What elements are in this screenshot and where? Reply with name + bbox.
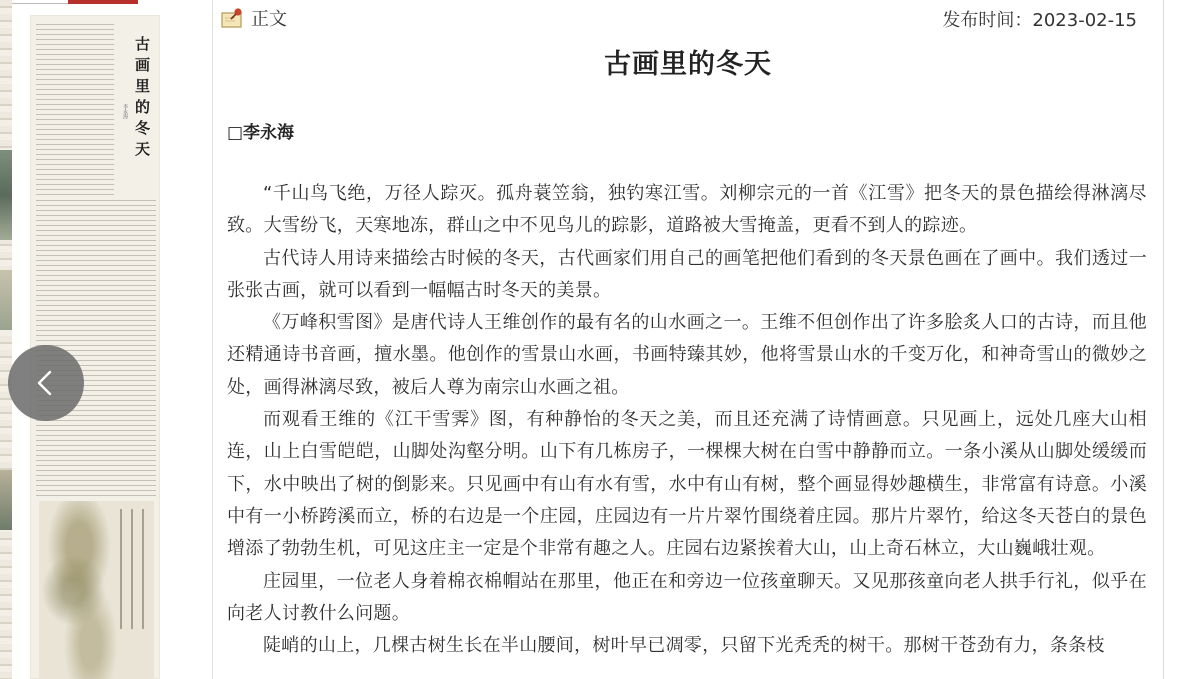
section-label-text: 正文 <box>251 5 287 31</box>
chevron-left-icon <box>31 368 61 398</box>
newspaper-page-thumbnail-panel: 古画里的冬天 李永海 <box>0 0 210 679</box>
masthead-rule <box>12 3 68 4</box>
masthead-red-bar <box>68 0 138 4</box>
adjacent-page-edge <box>0 0 12 679</box>
adjacent-page-image <box>0 470 12 530</box>
thumb-article-title: 古画里的冬天 <box>135 36 153 162</box>
article-header: 正文 发布时间：2023-02-15 <box>213 0 1163 36</box>
back-button[interactable] <box>8 345 84 421</box>
article-paragraph: 庄园里，一位老人身着棉衣棉帽站在那里，他正在和旁边一位孩童聊天。又见那孩童向老人… <box>227 566 1147 631</box>
article-paragraph: 古代诗人用诗来描绘古时候的冬天，古代画家们用自己的画笔把他们看到的冬天景色画在了… <box>227 243 1147 308</box>
thumb-column-text <box>36 22 114 197</box>
right-margin <box>1165 0 1200 679</box>
article-paragraph: 《万峰积雪图》是唐代诗人王维创作的最有名的山水画之一。王维不但创作出了许多脍炙人… <box>227 307 1147 404</box>
section-label: 正文 <box>221 5 287 31</box>
painting-calligraphy <box>114 509 148 629</box>
article-paragraph: “千山鸟飞绝，万径人踪灭。孤舟蓑笠翁，独钓寒江雪。刘柳宗元的一首《江雪》把冬天的… <box>227 178 1147 243</box>
thumb-painting-image <box>39 501 154 679</box>
article-author: □李永海 <box>227 118 294 143</box>
article-body: “千山鸟飞绝，万径人踪灭。孤舟蓑笠翁，独钓寒江雪。刘柳宗元的一首《江雪》把冬天的… <box>227 178 1147 662</box>
adjacent-page-image <box>0 150 12 240</box>
adjacent-page-image <box>0 270 12 330</box>
article-paragraph: 陡峭的山上，几棵古树生长在半山腰间，树叶早已凋零，只留下光秃秃的树干。那树干苍劲… <box>227 630 1147 662</box>
article-panel: 正文 发布时间：2023-02-15 古画里的冬天 □李永海 “千山鸟飞绝，万径… <box>212 0 1164 679</box>
pushpin-note-icon <box>221 7 245 29</box>
publish-time: 发布时间：2023-02-15 <box>942 6 1137 32</box>
article-paragraph: 而观看王维的《江干雪霁》图，有种静怡的冬天之美，而且还充满了诗情画意。只见画上，… <box>227 404 1147 565</box>
article-title: 古画里的冬天 <box>213 42 1163 81</box>
thumb-article-author: 李永海 <box>123 104 129 132</box>
